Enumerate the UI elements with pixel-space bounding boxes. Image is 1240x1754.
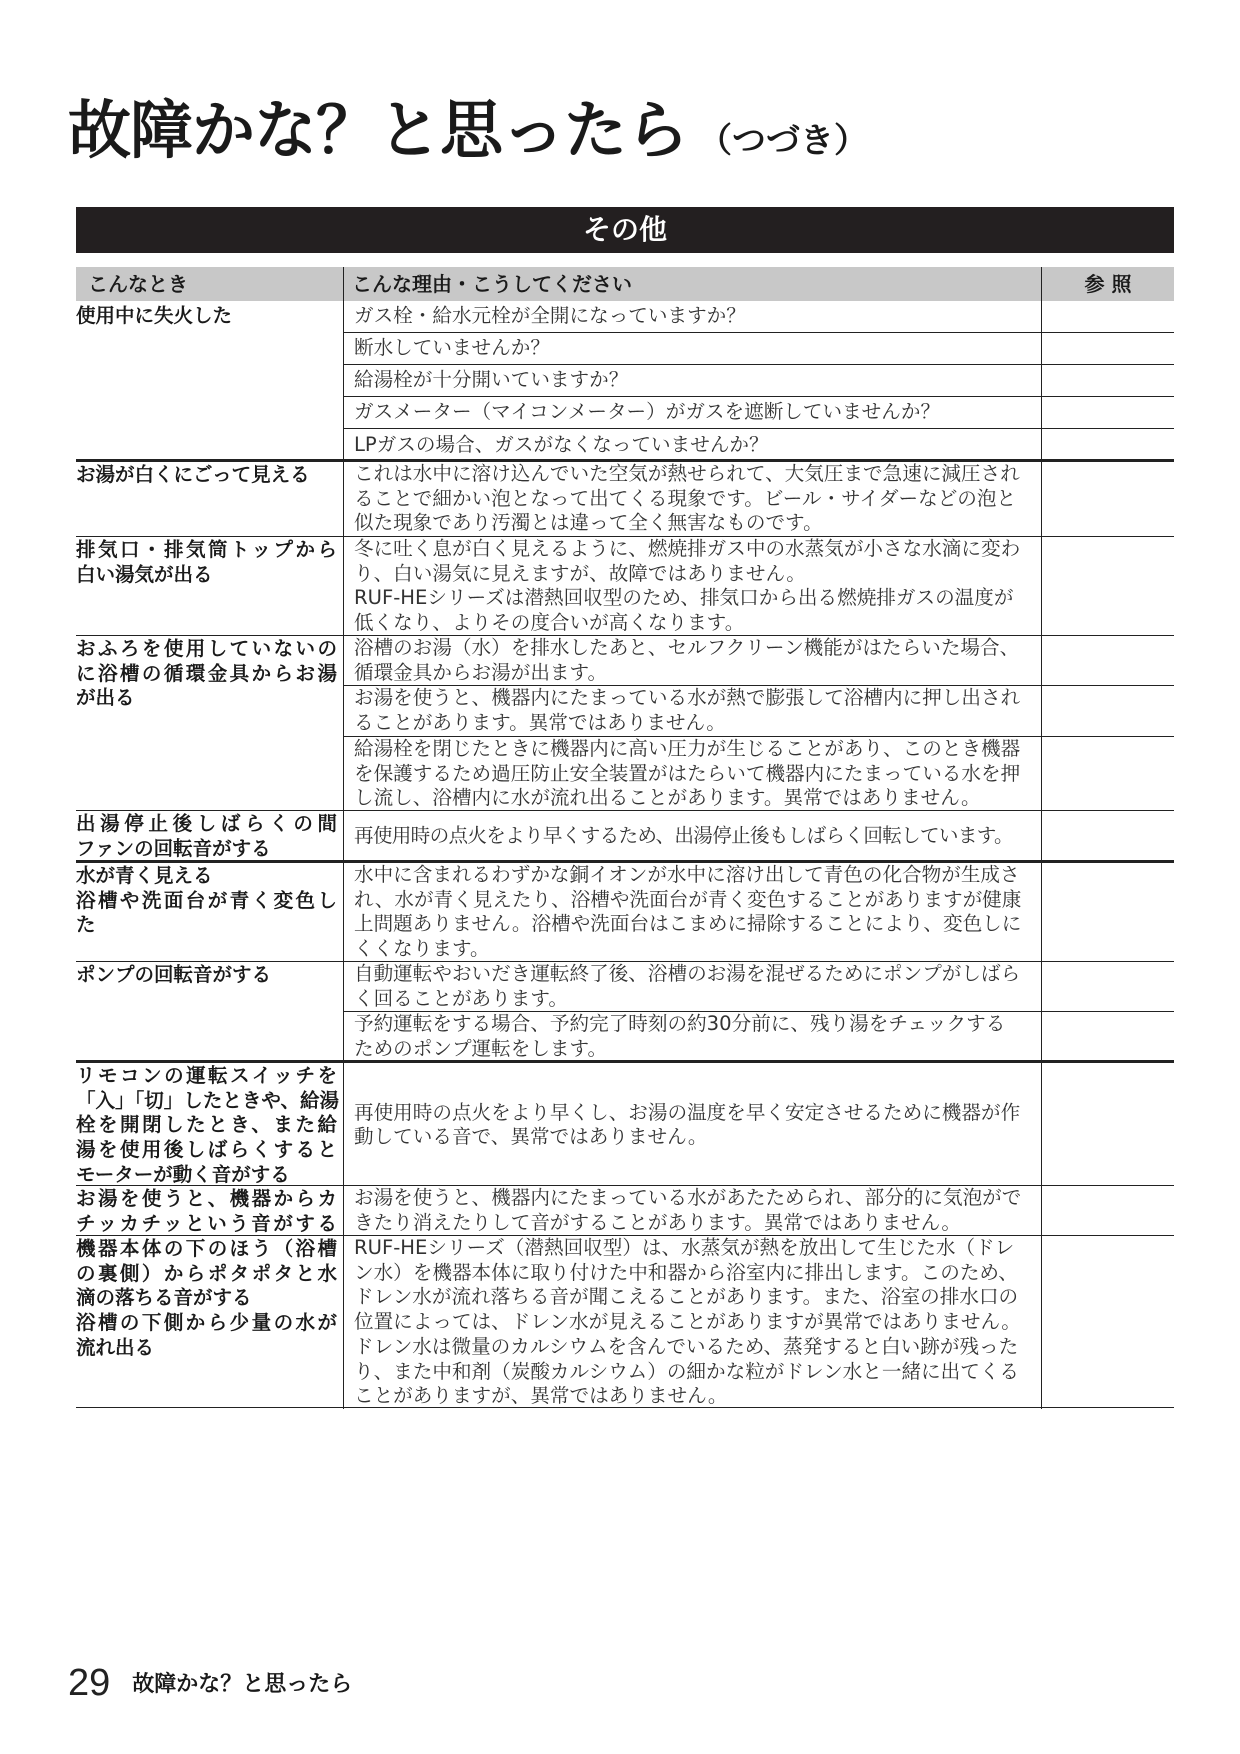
remedy-text: 断水していませんか？ xyxy=(354,336,1037,361)
reference-cell xyxy=(1042,737,1174,811)
remedy-text: ドレン水が流れ落ちる音が聞こえることがあります。また、浴室の排水口の xyxy=(354,1285,1037,1310)
remedy-cell: 再使用時の点火をより早くし、お湯の温度を早く安定させるために機器が作 動している… xyxy=(344,1063,1042,1188)
symptom-text: 水が青く見える xyxy=(76,864,337,889)
remedy-text: 水中に含まれるわずかな銅イオンが水中に溶け出して青色の化合物が生成さ xyxy=(354,863,1037,888)
table-row: 出湯停止後しばらくの間 ファンの回転音がする 再使用時の点火をより早くするため、… xyxy=(76,811,1174,863)
remedy-text: LPガスの場合、ガスがなくなっていませんか？ xyxy=(354,433,1037,458)
reference-cell xyxy=(1042,863,1174,962)
remedy-row: LPガスの場合、ガスがなくなっていませんか？ xyxy=(344,429,1174,462)
table-row: 使用中に失火した ガス栓・給水元栓が全開になっていますか？ 断水していませんか？… xyxy=(76,301,1174,462)
reference-cell xyxy=(1042,301,1174,332)
troubleshooting-table: こんなとき こんな理由・こうしてください 参 照 使用中に失火した ガス栓・給水… xyxy=(76,267,1174,1408)
remedy-cell: 給湯栓を閉じたときに機器内に高い圧力が生じることがあり、このとき機器 を保護する… xyxy=(344,737,1042,811)
remedy-text: を保護するため過圧防止安全装置がはたらいて機器内にたまっている水を押 xyxy=(354,762,1037,787)
reference-cell xyxy=(1042,1012,1174,1061)
remedy-group: RUF-HEシリーズ（潜熱回収型）は、水蒸気が熱を放出して生じた水（ドレ ン水）… xyxy=(344,1236,1174,1409)
remedy-group: 水中に含まれるわずかな銅イオンが水中に溶け出して青色の化合物が生成さ れ、水が青… xyxy=(344,863,1174,962)
remedy-row: 断水していませんか？ xyxy=(344,333,1174,365)
remedy-text: くくなります。 xyxy=(354,937,1037,962)
symptom-cell: 排気口・排気筒トップから 白い湯気が出る xyxy=(76,537,344,636)
remedy-text: ことがありますが、異常ではありません。 xyxy=(354,1384,1037,1409)
reference-cell xyxy=(1042,397,1174,428)
remedy-text: し流し、浴槽内に水が流れ出ることがあります。異常ではありません。 xyxy=(354,786,1037,811)
symptom-text: 流れ出る xyxy=(76,1336,337,1361)
remedy-row: 再使用時の点火をより早くし、お湯の温度を早く安定させるために機器が作 動している… xyxy=(344,1063,1174,1188)
symptom-text: ポンプの回転音がする xyxy=(76,963,337,988)
remedy-text: く回ることがあります。 xyxy=(354,987,1037,1012)
remedy-cell: お湯を使うと、機器内にたまっている水があたためられ、部分的に気泡がで きたり消え… xyxy=(344,1186,1042,1236)
remedy-row: ガスメーター（マイコンメーター）がガスを遮断していませんか？ xyxy=(344,397,1174,429)
symptom-text: モーターが動く音がする xyxy=(76,1163,337,1188)
remedy-text: り、白い湯気に見えますが、故障ではありません。 xyxy=(354,562,1037,587)
symptom-text: 使用中に失火した xyxy=(76,304,337,329)
symptom-cell: お湯を使うと、機器からカ チッカチッという音がする xyxy=(76,1186,344,1236)
remedy-text: 循環金具からお湯が出ます。 xyxy=(354,661,1037,686)
remedy-cell: お湯を使うと、機器内にたまっている水が熱で膨張して浴槽内に押し出され ることがあ… xyxy=(344,686,1042,736)
symptom-text: 浴槽や洗面台が青く変色し xyxy=(76,889,337,914)
reference-cell xyxy=(1042,811,1174,861)
symptom-text: 出湯停止後しばらくの間 xyxy=(76,812,337,837)
remedy-row: 水中に含まれるわずかな銅イオンが水中に溶け出して青色の化合物が生成さ れ、水が青… xyxy=(344,863,1174,962)
page-title: 故障かな？と思ったら（つづき） xyxy=(68,80,868,171)
symptom-cell: 機器本体の下のほう（浴槽 の裏側）からポタポタと水 滴の落ちる音がする 浴槽の下… xyxy=(76,1236,344,1409)
remedy-text: 再使用時の点火をより早くし、お湯の温度を早く安定させるために機器が作 xyxy=(354,1101,1037,1126)
remedy-cell: 浴槽のお湯（水）を排水したあと、セルフクリーン機能がはたらいた場合、 循環金具か… xyxy=(344,636,1042,685)
table-row: おふろを使用していないの に浴槽の循環金具からお湯 が出る 浴槽のお湯（水）を排… xyxy=(76,636,1174,811)
symptom-text: 浴槽の下側から少量の水が xyxy=(76,1311,337,1336)
remedy-row: これは水中に溶け込んでいた空気が熱せられて、大気圧まで急速に減圧され ることで細… xyxy=(344,462,1174,536)
remedy-group: 冬に吐く息が白く見えるように、燃焼排ガス中の水蒸気が小さな水滴に変わ り、白い湯… xyxy=(344,537,1174,636)
remedy-cell: 水中に含まれるわずかな銅イオンが水中に溶け出して青色の化合物が生成さ れ、水が青… xyxy=(344,863,1042,962)
remedy-text: ガス栓・給水元栓が全開になっていますか？ xyxy=(354,304,1037,329)
symptom-text: おふろを使用していないの xyxy=(76,637,337,662)
remedy-row: 給湯栓を閉じたときに機器内に高い圧力が生じることがあり、このとき機器 を保護する… xyxy=(344,737,1174,811)
reference-cell xyxy=(1042,636,1174,685)
table-row: 排気口・排気筒トップから 白い湯気が出る 冬に吐く息が白く見えるように、燃焼排ガ… xyxy=(76,537,1174,636)
remedy-row: ガス栓・給水元栓が全開になっていますか？ xyxy=(344,301,1174,333)
table-row: お湯を使うと、機器からカ チッカチッという音がする お湯を使うと、機器内にたまっ… xyxy=(76,1186,1174,1236)
remedy-text: お湯を使うと、機器内にたまっている水があたためられ、部分的に気泡がで xyxy=(354,1186,1037,1211)
symptom-text: に浴槽の循環金具からお湯 xyxy=(76,662,337,687)
symptom-cell: お湯が白くにごって見える xyxy=(76,462,344,536)
remedy-text: 給湯栓が十分開いていますか？ xyxy=(354,368,1037,393)
remedy-text: 低くなり、よりその度合いが高くなります。 xyxy=(354,611,1037,636)
remedy-row: 再使用時の点火をより早くするため、出湯停止後もしばらく回転しています。 xyxy=(344,811,1174,861)
remedy-text: RUF-HEシリーズは潜熱回収型のため、排気口から出る燃焼排ガスの温度が xyxy=(354,586,1037,611)
remedy-text: り、また中和剤（炭酸カルシウム）の細かな粒がドレン水と一緒に出てくる xyxy=(354,1360,1037,1385)
reference-cell xyxy=(1042,365,1174,396)
remedy-cell: RUF-HEシリーズ（潜熱回収型）は、水蒸気が熱を放出して生じた水（ドレ ン水）… xyxy=(344,1236,1042,1409)
remedy-row: 浴槽のお湯（水）を排水したあと、セルフクリーン機能がはたらいた場合、 循環金具か… xyxy=(344,636,1174,686)
page-title-suffix: （つづき） xyxy=(698,121,868,161)
remedy-text: 浴槽のお湯（水）を排水したあと、セルフクリーン機能がはたらいた場合、 xyxy=(354,636,1037,661)
table-row: ポンプの回転音がする 自動運転やおいだき運転終了後、浴槽のお湯を混ぜるためにポン… xyxy=(76,962,1174,1063)
symptom-text: 「入」「切」したときや、給湯 xyxy=(76,1089,337,1114)
section-heading: その他 xyxy=(76,207,1174,253)
reference-cell xyxy=(1042,333,1174,364)
remedy-text: ン水）を機器本体に取り付けた中和器から浴室内に排出します。このため、 xyxy=(354,1261,1037,1286)
remedy-row: 自動運転やおいだき運転終了後、浴槽のお湯を混ぜるためにポンプがしばら く回ること… xyxy=(344,962,1174,1012)
symptom-cell: 使用中に失火した xyxy=(76,301,344,462)
symptom-cell: おふろを使用していないの に浴槽の循環金具からお湯 が出る xyxy=(76,636,344,811)
remedy-cell: LPガスの場合、ガスがなくなっていませんか？ xyxy=(344,429,1042,462)
symptom-text: た xyxy=(76,913,337,938)
remedy-cell: 冬に吐く息が白く見えるように、燃焼排ガス中の水蒸気が小さな水滴に変わ り、白い湯… xyxy=(344,537,1042,636)
symptom-text: リモコンの運転スイッチを xyxy=(76,1064,337,1089)
remedy-row: 冬に吐く息が白く見えるように、燃焼排ガス中の水蒸気が小さな水滴に変わ り、白い湯… xyxy=(344,537,1174,636)
remedy-group: 再使用時の点火をより早くし、お湯の温度を早く安定させるために機器が作 動している… xyxy=(344,1063,1174,1188)
column-header-reference: 参 照 xyxy=(1042,267,1174,301)
footer-section-title: 故障かな？と思ったら xyxy=(132,1672,352,1697)
remedy-text: 自動運転やおいだき運転終了後、浴槽のお湯を混ぜるためにポンプがしばら xyxy=(354,962,1037,987)
symptom-cell: 出湯停止後しばらくの間 ファンの回転音がする xyxy=(76,811,344,861)
remedy-cell: 給湯栓が十分開いていますか？ xyxy=(344,365,1042,396)
column-header-reason: こんな理由・こうしてください xyxy=(344,267,1042,301)
table-row: お湯が白くにごって見える これは水中に溶け込んでいた空気が熱せられて、大気圧まで… xyxy=(76,462,1174,537)
reference-cell xyxy=(1042,429,1174,462)
remedy-cell: 断水していませんか？ xyxy=(344,333,1042,364)
table-row: リモコンの運転スイッチを 「入」「切」したときや、給湯 栓を開閉したとき、また給… xyxy=(76,1063,1174,1186)
remedy-text: ることがあります。異常ではありません。 xyxy=(354,711,1037,736)
remedy-text: 似た現象であり汚濁とは違って全く無害なものです。 xyxy=(354,511,1037,536)
remedy-text: 給湯栓を閉じたときに機器内に高い圧力が生じることがあり、このとき機器 xyxy=(354,737,1037,762)
remedy-text: 予約運転をする場合、予約完了時刻の約30分前に、残り湯をチェックする xyxy=(354,1012,1037,1037)
remedy-row: お湯を使うと、機器内にたまっている水があたためられ、部分的に気泡がで きたり消え… xyxy=(344,1186,1174,1236)
remedy-text: 冬に吐く息が白く見えるように、燃焼排ガス中の水蒸気が小さな水滴に変わ xyxy=(354,537,1037,562)
symptom-text: お湯を使うと、機器からカ xyxy=(76,1187,337,1212)
reference-cell xyxy=(1042,962,1174,1011)
remedy-cell: 自動運転やおいだき運転終了後、浴槽のお湯を混ぜるためにポンプがしばら く回ること… xyxy=(344,962,1042,1011)
reference-cell xyxy=(1042,462,1174,536)
remedy-text: きたり消えたりして音がすることがあります。異常ではありません。 xyxy=(354,1211,1037,1236)
table-row: 水が青く見える 浴槽や洗面台が青く変色し た 水中に含まれるわずかな銅イオンが水… xyxy=(76,863,1174,962)
page-number: 29 xyxy=(68,1662,110,1704)
symptom-text: 湯を使用後しばらくすると xyxy=(76,1138,337,1163)
symptom-text: が出る xyxy=(76,686,337,711)
remedy-text: 上問題ありません。浴槽や洗面台はこまめに掃除することにより、変色しに xyxy=(354,912,1037,937)
remedy-text: 再使用時の点火をより早くするため、出湯停止後もしばらく回転しています。 xyxy=(354,824,1037,849)
symptom-cell: 水が青く見える 浴槽や洗面台が青く変色し た xyxy=(76,863,344,962)
table-row: 機器本体の下のほう（浴槽 の裏側）からポタポタと水 滴の落ちる音がする 浴槽の下… xyxy=(76,1236,1174,1408)
reference-cell xyxy=(1042,1186,1174,1236)
remedy-text: ガスメーター（マイコンメーター）がガスを遮断していませんか？ xyxy=(354,400,1037,425)
remedy-text: これは水中に溶け込んでいた空気が熱せられて、大気圧まで急速に減圧され xyxy=(354,462,1037,487)
remedy-row: 予約運転をする場合、予約完了時刻の約30分前に、残り湯をチェックする ためのポン… xyxy=(344,1012,1174,1060)
remedy-text: ることで細かい泡となって出てくる現象です。ビール・サイダーなどの泡と xyxy=(354,487,1037,512)
remedy-text: RUF-HEシリーズ（潜熱回収型）は、水蒸気が熱を放出して生じた水（ドレ xyxy=(354,1236,1037,1261)
page-footer: 29故障かな？と思ったら xyxy=(68,1662,352,1705)
reference-cell xyxy=(1042,1063,1174,1188)
remedy-group: お湯を使うと、機器内にたまっている水があたためられ、部分的に気泡がで きたり消え… xyxy=(344,1186,1174,1236)
remedy-group: 自動運転やおいだき運転終了後、浴槽のお湯を混ぜるためにポンプがしばら く回ること… xyxy=(344,962,1174,1060)
remedy-text: ためのポンプ運転をします。 xyxy=(354,1037,1037,1062)
remedy-group: これは水中に溶け込んでいた空気が熱せられて、大気圧まで急速に減圧され ることで細… xyxy=(344,462,1174,536)
remedy-cell: ガスメーター（マイコンメーター）がガスを遮断していませんか？ xyxy=(344,397,1042,428)
remedy-row: RUF-HEシリーズ（潜熱回収型）は、水蒸気が熱を放出して生じた水（ドレ ン水）… xyxy=(344,1236,1174,1409)
symptom-text: チッカチッという音がする xyxy=(76,1212,337,1237)
table-header: こんなとき こんな理由・こうしてください 参 照 xyxy=(76,267,1174,301)
remedy-group: 再使用時の点火をより早くするため、出湯停止後もしばらく回転しています。 xyxy=(344,811,1174,861)
remedy-text: お湯を使うと、機器内にたまっている水が熱で膨張して浴槽内に押し出され xyxy=(354,686,1037,711)
symptom-cell: リモコンの運転スイッチを 「入」「切」したときや、給湯 栓を開閉したとき、また給… xyxy=(76,1063,344,1188)
page-title-main: 故障かな？と思ったら xyxy=(68,94,688,167)
remedy-cell: ガス栓・給水元栓が全開になっていますか？ xyxy=(344,301,1042,332)
symptom-text: 滴の落ちる音がする xyxy=(76,1286,337,1311)
symptom-text: 機器本体の下のほう（浴槽 xyxy=(76,1237,337,1262)
remedy-cell: 再使用時の点火をより早くするため、出湯停止後もしばらく回転しています。 xyxy=(344,811,1042,861)
symptom-text: 栓を開閉したとき、また給 xyxy=(76,1113,337,1138)
remedy-text: ドレン水は微量のカルシウムを含んでいるため、蒸発すると白い跡が残った xyxy=(354,1335,1037,1360)
remedy-group: ガス栓・給水元栓が全開になっていますか？ 断水していませんか？ 給湯栓が十分開い… xyxy=(344,301,1174,462)
reference-cell xyxy=(1042,1236,1174,1409)
remedy-text: れ、水が青く見えたり、浴槽や洗面台が青く変色することがありますが健康 xyxy=(354,888,1037,913)
remedy-text: 位置によっては、ドレン水が見えることがありますが異常ではありません。 xyxy=(354,1310,1037,1335)
remedy-row: 給湯栓が十分開いていますか？ xyxy=(344,365,1174,397)
symptom-text: ファンの回転音がする xyxy=(76,837,337,862)
symptom-text: 白い湯気が出る xyxy=(76,563,337,588)
remedy-row: お湯を使うと、機器内にたまっている水が熱で膨張して浴槽内に押し出され ることがあ… xyxy=(344,686,1174,737)
symptom-text: の裏側）からポタポタと水 xyxy=(76,1262,337,1287)
remedy-cell: 予約運転をする場合、予約完了時刻の約30分前に、残り湯をチェックする ためのポン… xyxy=(344,1012,1042,1061)
remedy-text: 動している音で、異常ではありません。 xyxy=(354,1125,1037,1150)
reference-cell xyxy=(1042,686,1174,736)
symptom-text: お湯が白くにごって見える xyxy=(76,463,337,488)
column-header-when: こんなとき xyxy=(76,267,344,301)
symptom-cell: ポンプの回転音がする xyxy=(76,962,344,1060)
symptom-text: 排気口・排気筒トップから xyxy=(76,538,337,563)
reference-cell xyxy=(1042,537,1174,636)
remedy-cell: これは水中に溶け込んでいた空気が熱せられて、大気圧まで急速に減圧され ることで細… xyxy=(344,462,1042,536)
remedy-group: 浴槽のお湯（水）を排水したあと、セルフクリーン機能がはたらいた場合、 循環金具か… xyxy=(344,636,1174,811)
